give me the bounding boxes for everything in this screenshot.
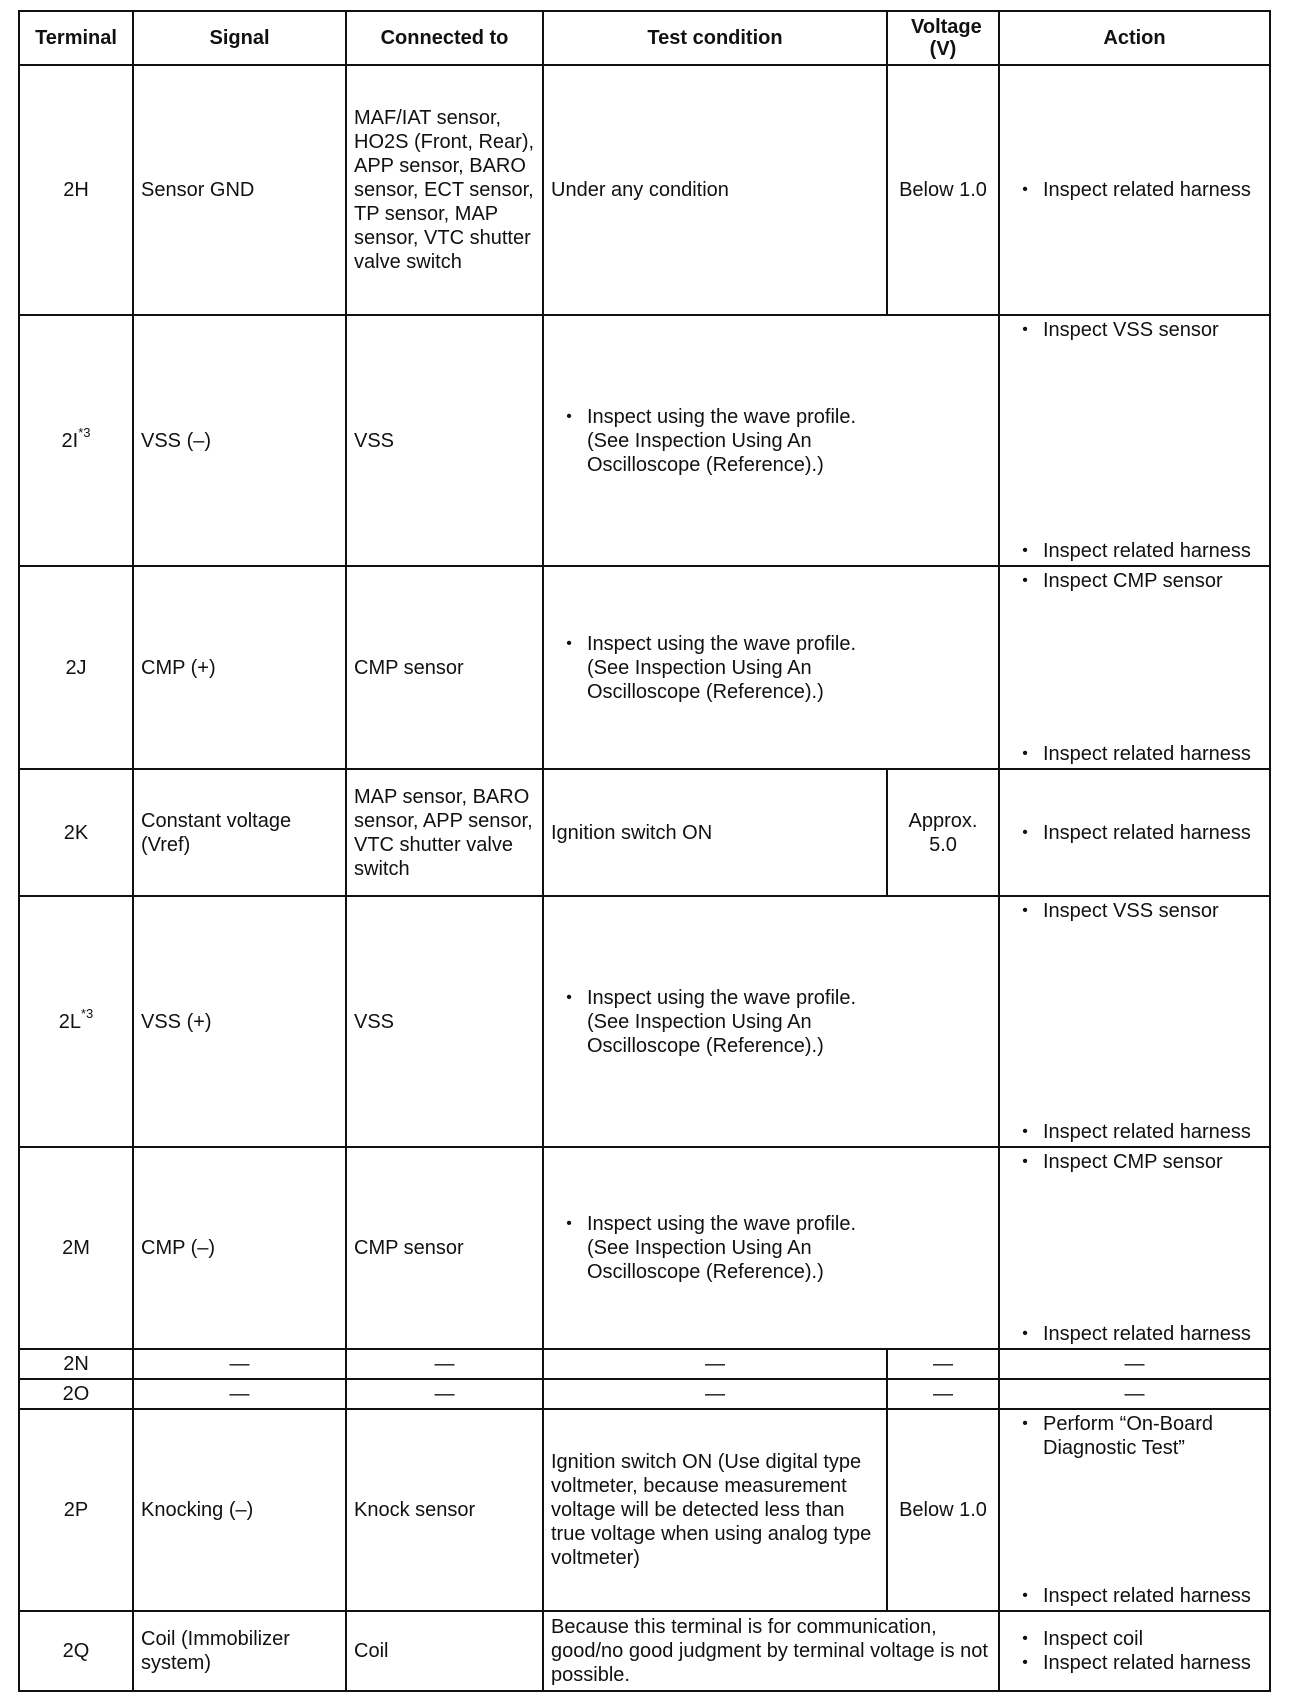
action-cell: •Inspect CMP sensor •Inspect related har… [999,1147,1270,1349]
table-row: 2H Sensor GND MAF/IAT sensor, HO2S (Fron… [19,65,1270,315]
action-item: •Inspect coil [1007,1627,1262,1651]
action-item: •Inspect CMP sensor [1007,569,1262,593]
bullet-icon: • [1007,539,1043,563]
test-condition-item: •Inspect using the wave profile. (See In… [551,632,881,704]
signal-cell: CMP (–) [133,1147,346,1349]
footnote-marker: *3 [78,425,90,440]
connected-to-cell: MAF/IAT sensor, HO2S (Front, Rear), APP … [346,65,543,315]
bullet-icon: • [1007,318,1043,342]
test-condition-cell: Ignition switch ON [543,769,887,896]
table-row: 2O — — — — — [19,1379,1270,1409]
action-item: •Inspect VSS sensor [1007,318,1262,342]
terminal-cell: 2N [19,1349,133,1379]
table-row: 2P Knocking (–) Knock sensor Ignition sw… [19,1409,1270,1611]
terminal-label: 2H [63,179,89,201]
action-list: •Inspect VSS sensor •Inspect related har… [1007,318,1262,563]
voltage-cell: — [887,1349,999,1379]
test-condition-cell: — [543,1379,887,1409]
header-test-condition: Test condition [543,11,887,65]
voltage-value: Approx. 5.0 [903,809,983,857]
signal-cell: CMP (+) [133,566,346,769]
terminal-cell: 2M [19,1147,133,1349]
bullet-icon: • [551,632,587,656]
connected-to-cell: Coil [346,1611,543,1691]
bullet-icon: • [1007,1412,1043,1436]
terminal-voltage-table: Terminal Signal Connected to Test condit… [18,10,1271,1692]
action-list: •Perform “On-Board Diagnostic Test” •Ins… [1007,1412,1262,1608]
action-cell: — [999,1379,1270,1409]
action-list: •Inspect VSS sensor •Inspect related har… [1007,899,1262,1144]
table-row: 2Q Coil (Immobilizer system) Coil Becaus… [19,1611,1270,1691]
header-voltage-label: Voltage (V) [911,16,975,60]
action-item: •Inspect related harness [1007,539,1262,563]
header-signal: Signal [133,11,346,65]
bullet-icon: • [1007,1120,1043,1144]
bullet-icon: • [1007,1651,1043,1675]
connected-to-cell: Knock sensor [346,1409,543,1611]
action-item: •Inspect related harness [1007,1651,1262,1675]
action-cell: •Inspect coil •Inspect related harness [999,1611,1270,1691]
terminal-label: 2L [59,1011,81,1033]
terminal-cell: 2J [19,566,133,769]
test-condition-item: •Inspect using the wave profile. (See In… [551,405,881,477]
action-cell: •Inspect VSS sensor •Inspect related har… [999,315,1270,566]
terminal-cell: 2O [19,1379,133,1409]
connected-to-cell: CMP sensor [346,1147,543,1349]
terminal-cell: 2L*3 [19,896,133,1147]
signal-cell: — [133,1349,346,1379]
action-cell: •Inspect related harness [999,65,1270,315]
bullet-icon: • [1007,1627,1043,1651]
connected-to-cell: VSS [346,896,543,1147]
connected-to-cell: MAP sensor, BARO sensor, APP sensor, VTC… [346,769,543,896]
test-condition-cell: •Inspect using the wave profile. (See In… [543,896,999,1147]
bullet-icon: • [1007,1150,1043,1174]
action-item: •Inspect related harness [1007,1584,1262,1608]
action-list: •Inspect CMP sensor •Inspect related har… [1007,569,1262,766]
table-row: 2K Constant voltage (Vref) MAP sensor, B… [19,769,1270,896]
test-condition-cell: Because this terminal is for communicati… [543,1611,999,1691]
voltage-cell: Below 1.0 [887,65,999,315]
header-row: Terminal Signal Connected to Test condit… [19,11,1270,65]
signal-cell: VSS (+) [133,896,346,1147]
bullet-icon: • [551,986,587,1010]
signal-cell: Knocking (–) [133,1409,346,1611]
connected-to-cell: — [346,1349,543,1379]
action-item: •Inspect VSS sensor [1007,899,1262,923]
action-item: •Inspect related harness [1007,742,1262,766]
terminal-label: 2P [64,1499,88,1521]
bullet-icon: • [1007,1584,1043,1608]
test-condition-cell: Ignition switch ON (Use digital type vol… [543,1409,887,1611]
header-connected-to: Connected to [346,11,543,65]
terminal-label: 2J [65,657,86,679]
header-terminal: Terminal [19,11,133,65]
action-item: •Inspect related harness [1007,821,1262,845]
bullet-icon: • [551,405,587,429]
bullet-icon: • [1007,821,1043,845]
action-list: •Inspect CMP sensor •Inspect related har… [1007,1150,1262,1346]
terminal-label: 2Q [63,1640,90,1662]
test-condition-cell: Under any condition [543,65,887,315]
bullet-icon: • [1007,569,1043,593]
test-condition-cell: •Inspect using the wave profile. (See In… [543,566,999,769]
signal-cell: Constant voltage (Vref) [133,769,346,896]
header-action: Action [999,11,1270,65]
action-cell: •Inspect CMP sensor •Inspect related har… [999,566,1270,769]
voltage-cell: Below 1.0 [887,1409,999,1611]
connected-to-cell: VSS [346,315,543,566]
action-cell: •Inspect VSS sensor •Inspect related har… [999,896,1270,1147]
action-cell: •Inspect related harness [999,769,1270,896]
test-condition-item: •Inspect using the wave profile. (See In… [551,986,881,1058]
terminal-cell: 2P [19,1409,133,1611]
action-item: •Inspect related harness [1007,1120,1262,1144]
terminal-cell: 2Q [19,1611,133,1691]
footnote-marker: *3 [81,1006,93,1021]
terminal-label: 2K [64,822,88,844]
table-row: 2L*3 VSS (+) VSS •Inspect using the wave… [19,896,1270,1147]
bullet-icon: • [1007,899,1043,923]
terminal-cell: 2H [19,65,133,315]
bullet-icon: • [1007,1322,1043,1346]
bullet-icon: • [1007,178,1043,202]
voltage-cell: — [887,1379,999,1409]
terminal-cell: 2I*3 [19,315,133,566]
signal-cell: — [133,1379,346,1409]
header-voltage: Voltage (V) [887,11,999,65]
table-row: 2J CMP (+) CMP sensor •Inspect using the… [19,566,1270,769]
signal-cell: VSS (–) [133,315,346,566]
action-item: •Inspect CMP sensor [1007,1150,1262,1174]
connected-to-cell: — [346,1379,543,1409]
table-row: 2I*3 VSS (–) VSS •Inspect using the wave… [19,315,1270,566]
test-condition-cell: — [543,1349,887,1379]
action-item: •Inspect related harness [1007,1322,1262,1346]
action-item: •Perform “On-Board Diagnostic Test” [1007,1412,1262,1460]
action-cell: •Perform “On-Board Diagnostic Test” •Ins… [999,1409,1270,1611]
connected-to-cell: CMP sensor [346,566,543,769]
bullet-icon: • [1007,742,1043,766]
terminal-cell: 2K [19,769,133,896]
action-cell: — [999,1349,1270,1379]
terminal-label: 2M [62,1237,90,1259]
test-condition-cell: •Inspect using the wave profile. (See In… [543,315,999,566]
test-condition-item: •Inspect using the wave profile. (See In… [551,1212,881,1284]
bullet-icon: • [551,1212,587,1236]
table-row: 2M CMP (–) CMP sensor •Inspect using the… [19,1147,1270,1349]
signal-cell: Coil (Immobilizer system) [133,1611,346,1691]
voltage-cell: Approx. 5.0 [887,769,999,896]
signal-cell: Sensor GND [133,65,346,315]
table-row: 2N — — — — — [19,1349,1270,1379]
action-item: •Inspect related harness [1007,178,1262,202]
terminal-label: 2I [62,430,79,452]
test-condition-cell: •Inspect using the wave profile. (See In… [543,1147,999,1349]
